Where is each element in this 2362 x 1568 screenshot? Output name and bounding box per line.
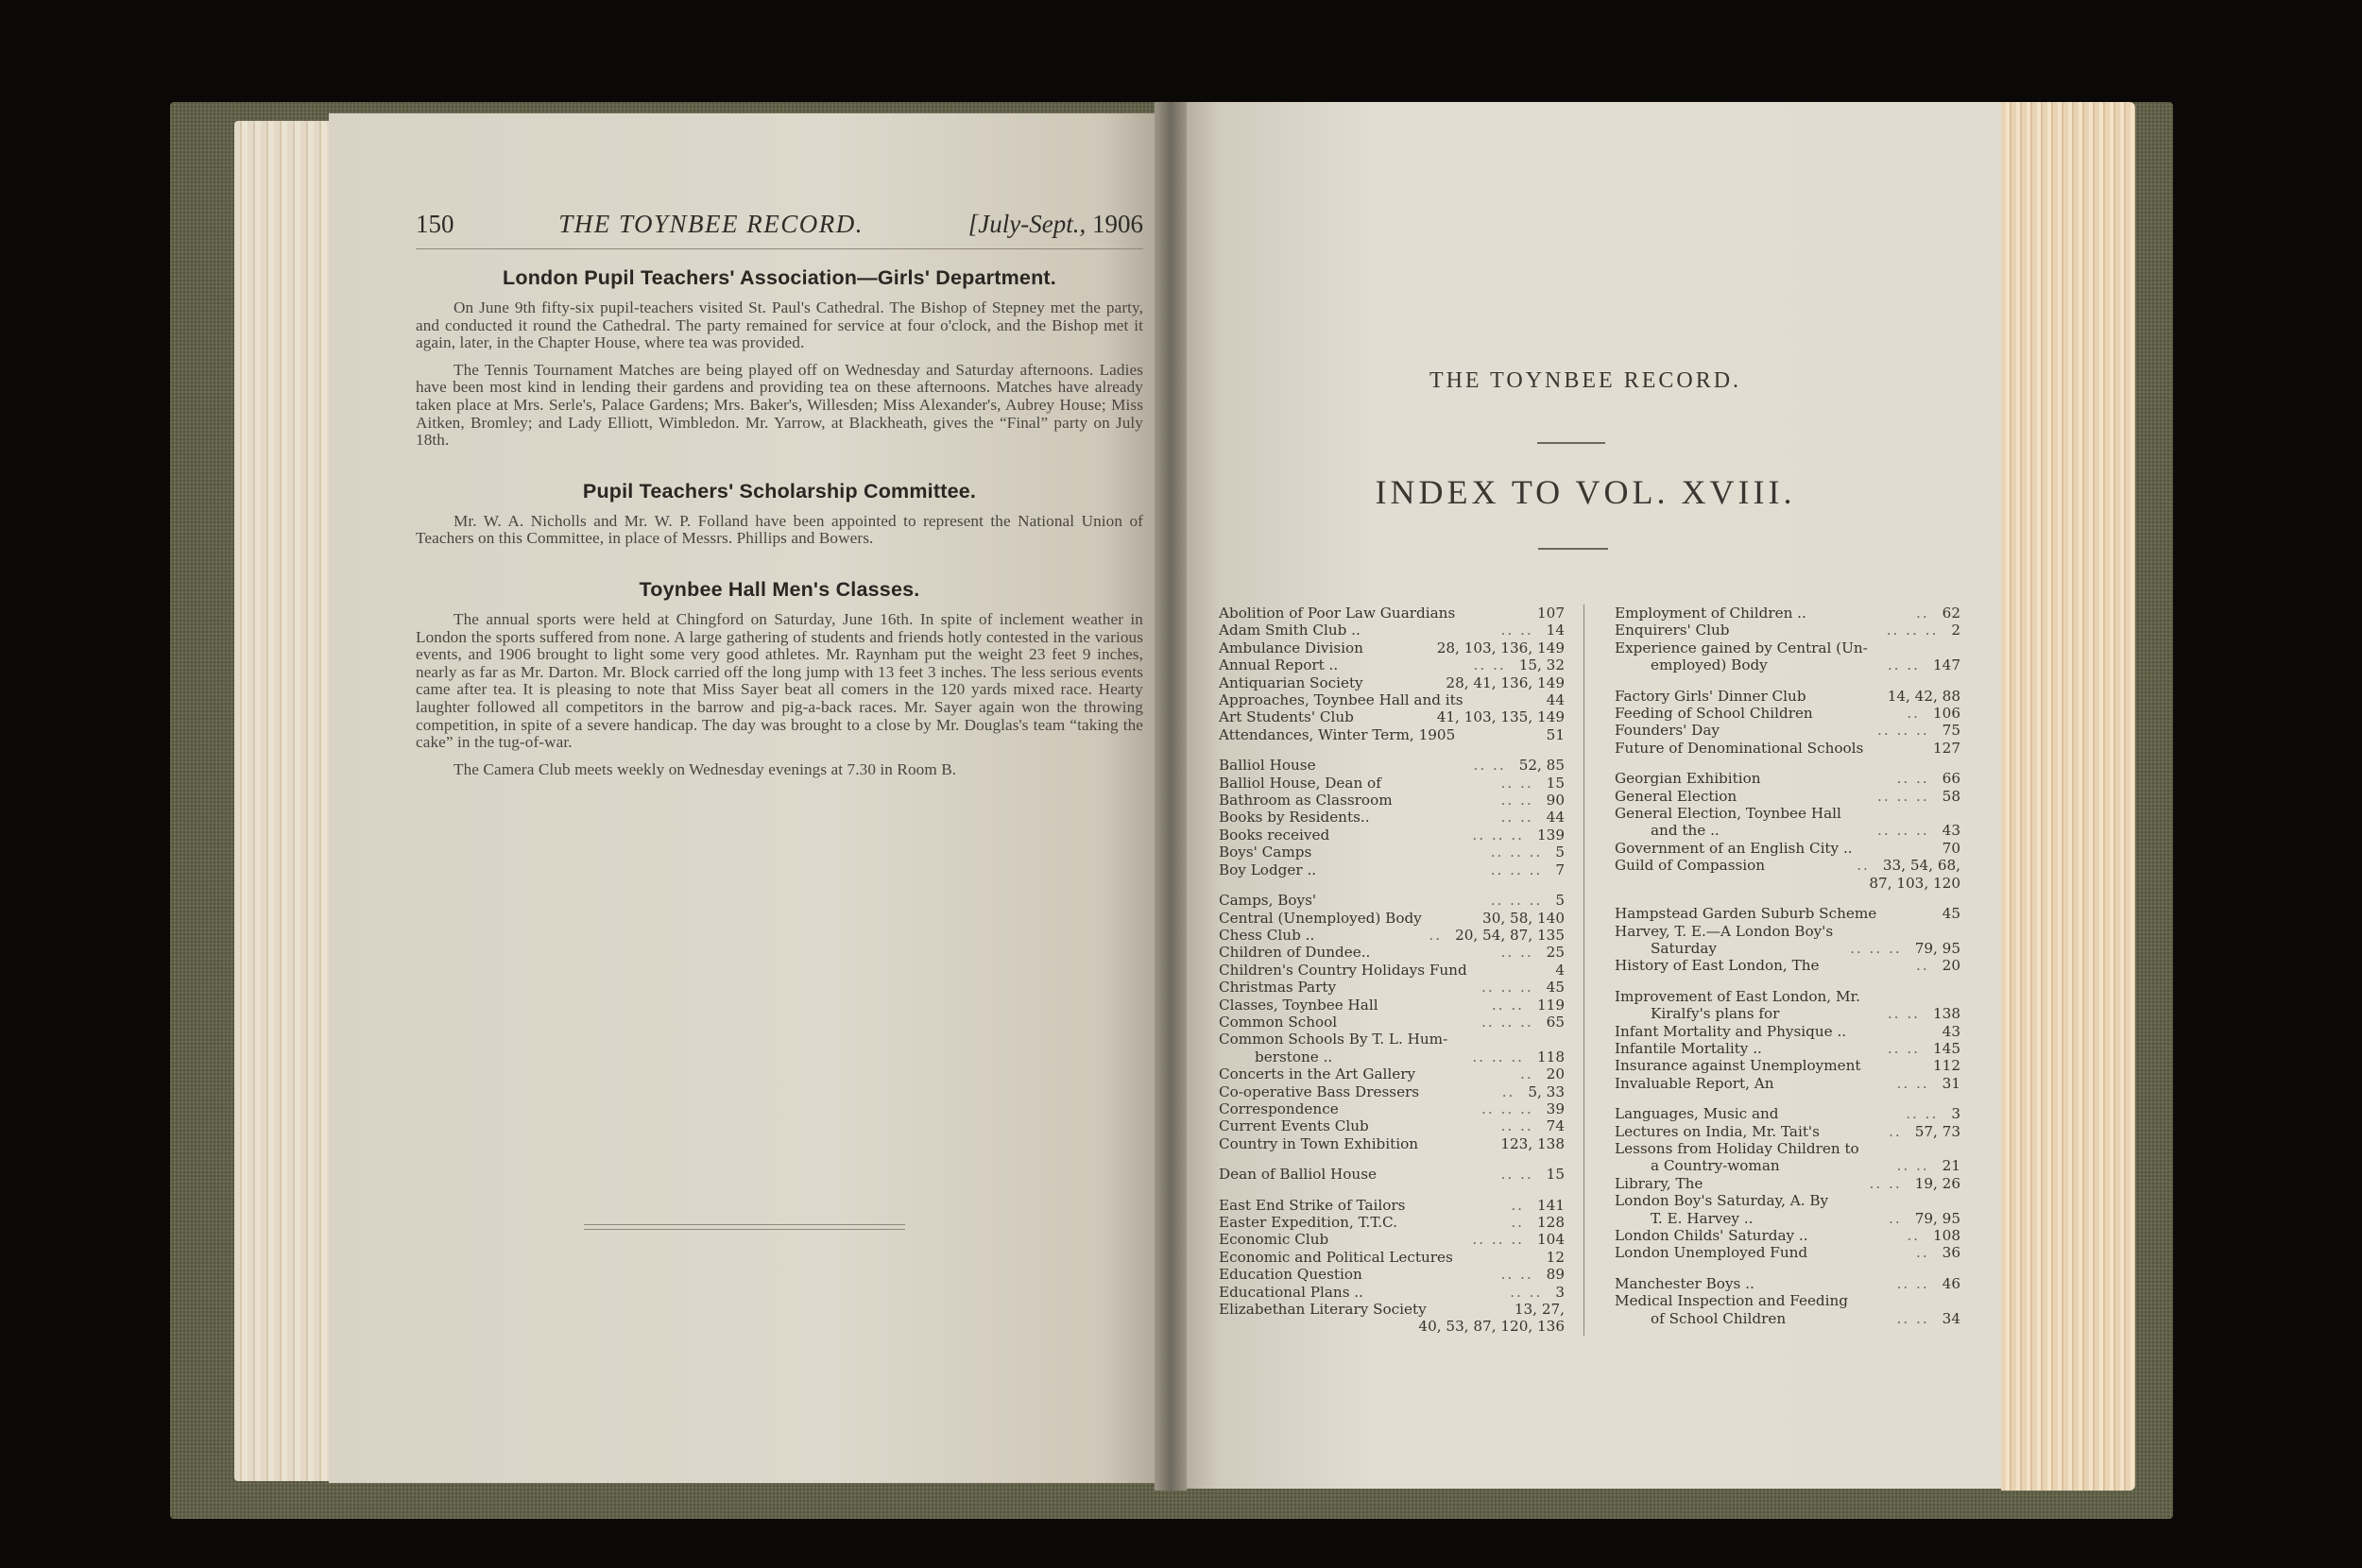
index-entry-pages: 43 [1937, 1023, 1960, 1040]
index-entry-pages: 21 [1937, 1157, 1960, 1174]
index-entry-title: Common Schools By T. L. Hum- [1219, 1031, 1447, 1048]
index-entry-pages [1955, 1140, 1960, 1157]
index-entry-pages: 34 [1937, 1310, 1960, 1327]
index-entry-title: Correspondence [1219, 1100, 1339, 1117]
index-entry-title: Abolition of Poor Law Guardians [1219, 605, 1455, 622]
index-leader-dots: .. .. [1780, 1157, 1937, 1174]
index-entry-title: Feeding of School Children [1615, 705, 1813, 722]
index-leader-dots: .. .. [1768, 656, 1927, 673]
index-entry: East End Strike of Tailors..141 [1219, 1197, 1565, 1214]
index-entry-pages [1955, 1292, 1960, 1309]
running-date-months: [July-Sept., [968, 210, 1086, 238]
index-entry-pages: 12 [1541, 1249, 1565, 1266]
index-entry-pages: 20 [1937, 957, 1960, 974]
index-leader-dots [1848, 1292, 1955, 1309]
index-entry: Camps, Boys'.. .. ..5 [1219, 892, 1565, 909]
index-leader-dots [1853, 840, 1937, 857]
index-entry: Children of Dundee.... ..25 [1219, 944, 1565, 961]
index-entry: of School Children.. ..34 [1615, 1310, 1960, 1327]
index-leader-dots [1860, 988, 1955, 1005]
index-entry-pages: 28, 41, 136, 149 [1440, 674, 1565, 691]
page-edges-right [2001, 102, 2135, 1491]
index-leader-dots: .. .. [1316, 757, 1514, 774]
paragraph: Mr. W. A. Nicholls and Mr. W. P. Folland… [416, 513, 1143, 548]
index-entry: Lectures on India, Mr. Tait's..57, 73 [1615, 1123, 1960, 1140]
index-entry-title: Employment of Children .. [1615, 605, 1806, 622]
index-entry-pages: 45 [1937, 905, 1960, 922]
index-entry-title: Elizabethan Literary Society [1219, 1301, 1427, 1318]
index-entry-title: Children of Dundee.. [1219, 944, 1370, 961]
index-entry-title: Boys' Camps [1219, 844, 1311, 861]
section-heading: Pupil Teachers' Scholarship Committee. [416, 480, 1143, 503]
index-entry-title: London Boy's Saturday, A. By [1615, 1192, 1828, 1209]
running-date-year: 1906 [1092, 210, 1143, 238]
index-leader-dots: .. [1753, 1210, 1908, 1227]
index-entry-title: General Election [1615, 788, 1737, 805]
index-entry: Adam Smith Club .... ..14 [1219, 622, 1565, 639]
index-entry-pages: 119 [1532, 997, 1565, 1014]
index-leader-dots: .. .. [1362, 1266, 1541, 1283]
index-leader-dots: .. .. [1377, 1166, 1541, 1183]
index-entry-title: Harvey, T. E.—A London Boy's [1615, 923, 1833, 940]
index-leader-dots: .. [1807, 1244, 1937, 1261]
index-leader-dots [1418, 1135, 1495, 1152]
index-entry: Educational Plans .... ..3 [1219, 1284, 1565, 1301]
index-entry-title: Education Question [1219, 1266, 1362, 1283]
index-entry-title: Antiquarian Society [1219, 674, 1363, 691]
index-entry-pages: 89 [1541, 1266, 1565, 1283]
index-entry-pages: 15 [1541, 775, 1565, 792]
index-entry-pages: 58 [1937, 788, 1960, 805]
index-entry: Education Question.. ..89 [1219, 1266, 1565, 1283]
index-entry-title: Library, The [1615, 1175, 1703, 1192]
index-entry-pages: 104 [1532, 1231, 1565, 1248]
index-leader-dots [1806, 688, 1882, 705]
paragraph: The Tennis Tournament Matches are being … [416, 362, 1143, 450]
index-entry-pages [1955, 1192, 1960, 1209]
index-leader-dots: .. [1415, 1065, 1541, 1082]
index-entry-title: employed) Body [1651, 656, 1768, 673]
index-entry: T. E. Harvey ....79, 95 [1615, 1210, 1960, 1227]
index-entry-title: Concerts in the Art Gallery [1219, 1065, 1415, 1082]
index-entry: Chess Club ....20, 54, 87, 135 [1219, 927, 1565, 944]
index-title: INDEX TO VOL. XVIII. [1170, 472, 2001, 512]
index-entry: 87, 103, 120 [1615, 875, 1960, 892]
index-entry: Boys' Camps.. .. ..5 [1219, 844, 1565, 861]
running-date: [July-Sept., 1906 [968, 210, 1143, 239]
index-entry: Employment of Children ....62 [1615, 605, 1960, 622]
index-entry-pages: 39 [1541, 1100, 1565, 1117]
index-leader-dots: .. .. [1370, 809, 1541, 826]
index-entry-title: Adam Smith Club .. [1219, 622, 1361, 639]
index-entry: Founders' Day.. .. ..75 [1615, 722, 1960, 739]
index-entry-pages: 138 [1927, 1005, 1960, 1022]
index-entry: Annual Report .... ..15, 32 [1219, 656, 1565, 673]
index-entry: berstone .... .. ..118 [1219, 1048, 1565, 1065]
index-entry: Factory Girls' Dinner Club14, 42, 88 [1615, 688, 1960, 705]
index-entry: Georgian Exhibition.. ..66 [1615, 770, 1960, 787]
index-entry: Common Schools By T. L. Hum- [1219, 1031, 1565, 1048]
index-entry-pages: 3 [1945, 1105, 1960, 1122]
index-entry-title: Lessons from Holiday Children to [1615, 1140, 1859, 1157]
index-leader-dots [1363, 639, 1431, 656]
index-entry: Harvey, T. E.—A London Boy's [1615, 923, 1960, 940]
index-entry: Manchester Boys .... ..46 [1615, 1275, 1960, 1292]
index-entry-pages: 5, 33 [1522, 1083, 1565, 1100]
index-leader-dots: .. [1806, 605, 1937, 622]
index-entry-title: General Election, Toynbee Hall [1615, 805, 1841, 822]
index-entry: Infantile Mortality .... ..145 [1615, 1040, 1960, 1057]
index-entry-pages: 57, 73 [1909, 1123, 1960, 1140]
index-entry-pages: 33, 54, 68, [1877, 857, 1960, 874]
index-entry: Ambulance Division28, 103, 136, 149 [1219, 639, 1565, 656]
index-entry-title: of School Children [1651, 1310, 1786, 1327]
index-entry-pages: 51 [1541, 726, 1565, 743]
index-entry-title: a Country-woman [1651, 1157, 1780, 1174]
index-entry-pages: 87, 103, 120 [1863, 875, 1960, 892]
index-entry-title: Invaluable Report, An [1615, 1075, 1774, 1092]
index-leader-dots: .. .. [1369, 1117, 1541, 1134]
index-entry-title: East End Strike of Tailors [1219, 1197, 1405, 1214]
index-leader-dots: .. .. .. [1720, 822, 1937, 839]
index-leader-dots: .. .. [1361, 622, 1541, 639]
index-entry-pages: 46 [1937, 1275, 1960, 1292]
index-entry-pages: 36 [1937, 1244, 1960, 1261]
index-entry-title: London Unemployed Fund [1615, 1244, 1807, 1261]
index-entry: employed) Body.. ..147 [1615, 656, 1960, 673]
index-entry-pages: 31 [1937, 1075, 1960, 1092]
index-leader-dots [1833, 923, 1955, 940]
index-leader-dots [1651, 875, 1863, 892]
index-leader-dots: .. .. .. [1730, 622, 1946, 639]
index-entry-title: Chess Club .. [1219, 927, 1314, 944]
index-entry-title: berstone .. [1255, 1048, 1332, 1065]
index-entry-title: Children's Country Holidays Fund [1219, 962, 1467, 979]
index-entry: Economic Club.. .. ..104 [1219, 1231, 1565, 1248]
section-heading: London Pupil Teachers' Association—Girls… [416, 266, 1143, 290]
index-entry: Antiquarian Society28, 41, 136, 149 [1219, 674, 1565, 691]
index-leader-dots [1861, 1057, 1927, 1074]
index-entry-title: Factory Girls' Dinner Club [1615, 688, 1806, 705]
index-entry-title: Current Events Club [1219, 1117, 1369, 1134]
index-leader-dots [1455, 726, 1540, 743]
index-entry-title: Economic and Political Lectures [1219, 1249, 1453, 1266]
index-entry-pages: 106 [1927, 705, 1960, 722]
index-entry-pages: 127 [1927, 740, 1960, 757]
index-leader-dots: .. .. [1338, 656, 1514, 673]
index-entry: a Country-woman.. ..21 [1615, 1157, 1960, 1174]
section-heading: Toynbee Hall Men's Classes. [416, 578, 1143, 602]
index-entry: Christmas Party.. .. ..45 [1219, 979, 1565, 996]
index-entry-title: Christmas Party [1219, 979, 1336, 996]
index-entry-title: Languages, Music and [1615, 1105, 1779, 1122]
index-entry: London Boy's Saturday, A. By [1615, 1192, 1960, 1209]
index-entry-pages: 41, 103, 135, 149 [1431, 708, 1565, 725]
index-entry-title: Co-operative Bass Dressers [1219, 1083, 1419, 1100]
index-entry: Co-operative Bass Dressers..5, 33 [1219, 1083, 1565, 1100]
paragraph: The annual sports were held at Chingford… [416, 611, 1143, 752]
index-entry: Library, The.. ..19, 26 [1615, 1175, 1960, 1192]
index-entry-pages: 14 [1541, 622, 1565, 639]
index-leader-dots: .. [1405, 1197, 1532, 1214]
index-entry-title: Attendances, Winter Term, 1905 [1219, 726, 1455, 743]
index-entry: Abolition of Poor Law Guardians107 [1219, 605, 1565, 622]
index-entry-title: Books received [1219, 827, 1329, 844]
index-entry-title: Classes, Toynbee Hall [1219, 997, 1378, 1014]
end-rule [584, 1224, 905, 1230]
index-column-right: Employment of Children ....62Enquirers' … [1584, 605, 1960, 1336]
index-leader-dots: .. .. [1393, 792, 1541, 809]
index-entry-title: Approaches, Toynbee Hall and its [1219, 691, 1463, 708]
index-entry-pages: 79, 95 [1909, 1210, 1960, 1227]
index-leader-dots: .. .. [1761, 770, 1937, 787]
index-entry-title: Balliol House [1219, 757, 1316, 774]
index-entry-pages: 79, 95 [1909, 940, 1960, 957]
index-entry-pages: 66 [1937, 770, 1960, 787]
index-entry: Correspondence.. .. ..39 [1219, 1100, 1565, 1117]
index-entry-title: Bathroom as Classroom [1219, 792, 1393, 809]
index-entry-pages [1955, 923, 1960, 940]
index-leader-dots [1876, 905, 1936, 922]
index-entry-pages: 5 [1549, 844, 1565, 861]
index-leader-dots: .. .. .. [1737, 788, 1936, 805]
index-entry: History of East London, The..20 [1615, 957, 1960, 974]
index-entry-title: Improvement of East London, Mr. [1615, 988, 1860, 1005]
index-leader-dots [1255, 1318, 1412, 1335]
index-leader-dots: .. .. .. [1329, 827, 1532, 844]
index-entry: Elizabethan Literary Society13, 27, [1219, 1301, 1565, 1318]
index-entry-pages: 43 [1937, 822, 1960, 839]
index-entry: 40, 53, 87, 120, 136 [1219, 1318, 1565, 1335]
index-leader-dots: .. .. .. [1311, 844, 1549, 861]
index-entry-pages: 5 [1549, 892, 1565, 909]
index-entry-pages: 25 [1541, 944, 1565, 961]
index-entry-pages: 112 [1927, 1057, 1960, 1074]
index-leader-dots [1453, 1249, 1541, 1266]
index-leader-dots: .. .. [1378, 997, 1532, 1014]
index-entry: Feeding of School Children..106 [1615, 705, 1960, 722]
index-leader-dots [1863, 740, 1927, 757]
index-leader-dots [1422, 910, 1477, 927]
index-entry: Children's Country Holidays Fund4 [1219, 962, 1565, 979]
index-leader-dots [1463, 691, 1541, 708]
index-entry-title: Art Students' Club [1219, 708, 1354, 725]
index-entry-pages: 4 [1549, 962, 1565, 979]
index-leader-dots [1868, 639, 1955, 656]
index-entry: Infant Mortality and Physique ..43 [1615, 1023, 1960, 1040]
index-leader-dots: .. .. .. [1316, 892, 1549, 909]
index-entry: Guild of Compassion..33, 54, 68, [1615, 857, 1960, 874]
index-entry-title: and the .. [1651, 822, 1720, 839]
left-page: 150 THE TOYNBEE RECORD. [July-Sept., 190… [329, 113, 1170, 1483]
index-leader-dots: .. [1808, 1227, 1927, 1244]
index-entry-title: T. E. Harvey .. [1651, 1210, 1753, 1227]
index-entry-pages: 44 [1541, 691, 1565, 708]
index-leader-dots: .. .. .. [1339, 1100, 1541, 1117]
index-entry-title: Balliol House, Dean of [1219, 775, 1381, 792]
index-leader-dots [1455, 605, 1532, 622]
index-entry: Languages, Music and.. ..3 [1615, 1105, 1960, 1122]
index-leader-dots: .. .. .. [1316, 861, 1549, 878]
index-leader-dots [1467, 962, 1550, 979]
index-entry-pages: 145 [1927, 1040, 1960, 1057]
index-leader-dots: .. .. .. [1337, 1014, 1541, 1031]
index-leader-dots: .. .. [1703, 1175, 1908, 1192]
index-leader-dots: .. [1397, 1214, 1532, 1231]
index-entry-pages [1955, 988, 1960, 1005]
index-entry-pages: 19, 26 [1909, 1175, 1960, 1192]
index-entry: London Unemployed Fund..36 [1615, 1244, 1960, 1261]
index-entry: Books by Residents.... ..44 [1219, 809, 1565, 826]
index-entry-pages: 7 [1549, 861, 1565, 878]
index-entry-title: Georgian Exhibition [1615, 770, 1761, 787]
index-entry: Economic and Political Lectures12 [1219, 1249, 1565, 1266]
index-entry-pages: 118 [1532, 1048, 1565, 1065]
book-gutter [1155, 102, 1187, 1491]
index-leader-dots: .. .. .. [1336, 979, 1541, 996]
index-entry-pages: 70 [1937, 840, 1960, 857]
index-entry: Art Students' Club41, 103, 135, 149 [1219, 708, 1565, 725]
index-entry: Attendances, Winter Term, 190551 [1219, 726, 1565, 743]
index-leader-dots: .. [1819, 957, 1936, 974]
index-entry: Approaches, Toynbee Hall and its44 [1219, 691, 1565, 708]
index-entry: Easter Expedition, T.T.C...128 [1219, 1214, 1565, 1231]
index-entry: Current Events Club.. ..74 [1219, 1117, 1565, 1134]
index-leader-dots [1354, 708, 1431, 725]
index-leader-dots: .. .. [1779, 1105, 1946, 1122]
index-entry: Country in Town Exhibition123, 138 [1219, 1135, 1565, 1152]
index-column-left: Abolition of Poor Law Guardians107Adam S… [1219, 605, 1584, 1336]
index-entry-pages: 15, 32 [1514, 656, 1565, 673]
index-entry-pages: 14, 42, 88 [1882, 688, 1960, 705]
right-page: THE TOYNBEE RECORD. INDEX TO VOL. XVIII.… [1170, 102, 2001, 1489]
index-entry-pages: 62 [1937, 605, 1960, 622]
index-entry-title: Economic Club [1219, 1231, 1328, 1248]
index-entry-title: Boy Lodger .. [1219, 861, 1316, 878]
index-entry-pages [1559, 1031, 1565, 1048]
index-entry-pages: 75 [1937, 722, 1960, 739]
index-entry-pages: 3 [1549, 1284, 1565, 1301]
index-entry-pages: 15 [1541, 1166, 1565, 1183]
index-leader-dots: .. [1813, 705, 1927, 722]
index-entry-title: Saturday [1651, 940, 1717, 957]
index-subtitle: THE TOYNBEE RECORD. [1170, 368, 2001, 394]
index-leader-dots: .. .. [1363, 1284, 1549, 1301]
index-entry: Medical Inspection and Feeding [1615, 1292, 1960, 1309]
index-entry-pages: 30, 58, 140 [1477, 910, 1565, 927]
index-entry-pages: 44 [1541, 809, 1565, 826]
index-leader-dots: .. .. .. [1332, 1048, 1532, 1065]
index-entry-pages: 2 [1945, 622, 1960, 639]
index-entry: and the .... .. ..43 [1615, 822, 1960, 839]
index-entry: Insurance against Unemployment112 [1615, 1057, 1960, 1074]
index-entry: Classes, Toynbee Hall.. ..119 [1219, 997, 1565, 1014]
index-entry-title: Guild of Compassion [1615, 857, 1765, 874]
index-entry: Kiralfy's plans for.. ..138 [1615, 1005, 1960, 1022]
index-entry-pages: 107 [1532, 605, 1565, 622]
index-leader-dots [1828, 1192, 1955, 1209]
index-entry: General Election, Toynbee Hall [1615, 805, 1960, 822]
index-entry-pages: 74 [1541, 1117, 1565, 1134]
index-entry-pages: 90 [1541, 792, 1565, 809]
index-entry: Improvement of East London, Mr. [1615, 988, 1960, 1005]
index-entry-pages: 108 [1927, 1227, 1960, 1244]
index-entry: Lessons from Holiday Children to [1615, 1140, 1960, 1157]
index-entry-title: Books by Residents.. [1219, 809, 1370, 826]
index-entry: Balliol House.. ..52, 85 [1219, 757, 1565, 774]
index-entry-title: Government of an English City .. [1615, 840, 1853, 857]
index-entry: Dean of Balliol House.. ..15 [1219, 1166, 1565, 1183]
index-entry-title: Educational Plans .. [1219, 1284, 1363, 1301]
index-leader-dots: .. .. [1774, 1075, 1937, 1092]
index-leader-dots [1447, 1031, 1559, 1048]
index-entry: Common School.. .. ..65 [1219, 1014, 1565, 1031]
index-entry-title: Ambulance Division [1219, 639, 1363, 656]
index-leader-dots: .. [1820, 1123, 1909, 1140]
index-entry: Government of an English City ..70 [1615, 840, 1960, 857]
index-leader-dots [1846, 1023, 1937, 1040]
paragraph: On June 9th fifty-six pupil-teachers vis… [416, 299, 1143, 352]
index-entry-title: Central (Unemployed) Body [1219, 910, 1422, 927]
index-entry: London Childs' Saturday ....108 [1615, 1227, 1960, 1244]
index-entry-title: Infant Mortality and Physique .. [1615, 1023, 1846, 1040]
index-entry-title: Founders' Day [1615, 722, 1720, 739]
index-entry: Saturday.. .. ..79, 95 [1615, 940, 1960, 957]
index-entry: Bathroom as Classroom.. ..90 [1219, 792, 1565, 809]
index-entry-pages [1955, 639, 1960, 656]
index-entry-pages [1955, 805, 1960, 822]
index-entry-title: Manchester Boys .. [1615, 1275, 1754, 1292]
index-leader-dots: .. .. [1779, 1005, 1927, 1022]
index-entry-title: Experience gained by Central (Un- [1615, 639, 1868, 656]
index-leader-dots: .. .. [1786, 1310, 1937, 1327]
index-entry-pages: 141 [1532, 1197, 1565, 1214]
index-entry-title: Common School [1219, 1014, 1337, 1031]
index-entry-title: Enquirers' Club [1615, 622, 1730, 639]
index-entry-title: History of East London, The [1615, 957, 1819, 974]
index-leader-dots: .. .. .. [1720, 722, 1937, 739]
index-leader-dots: .. .. .. [1328, 1231, 1532, 1248]
index-leader-dots: .. .. .. [1717, 940, 1909, 957]
index-entry: Enquirers' Club.. .. ..2 [1615, 622, 1960, 639]
running-title: THE TOYNBEE RECORD. [558, 210, 864, 239]
index-entry: Concerts in the Art Gallery..20 [1219, 1065, 1565, 1082]
article-body: London Pupil Teachers' Association—Girls… [416, 266, 1143, 778]
index-entry-pages: 65 [1541, 1014, 1565, 1031]
index-entry-title: Dean of Balliol House [1219, 1166, 1377, 1183]
index-entry-pages: 147 [1927, 656, 1960, 673]
index-entry-title: Easter Expedition, T.T.C. [1219, 1214, 1397, 1231]
index-leader-dots: .. .. [1381, 775, 1541, 792]
index-entry-title: Medical Inspection and Feeding [1615, 1292, 1848, 1309]
index-entry-pages: 123, 138 [1495, 1135, 1565, 1152]
index-entry-pages: 20, 54, 87, 135 [1449, 927, 1565, 944]
index-entry: Central (Unemployed) Body30, 58, 140 [1219, 910, 1565, 927]
index-entry-title: Lectures on India, Mr. Tait's [1615, 1123, 1820, 1140]
index-entry-title: Camps, Boys' [1219, 892, 1316, 909]
index-entry-title: Hampstead Garden Suburb Scheme [1615, 905, 1876, 922]
index-entry: Hampstead Garden Suburb Scheme45 [1615, 905, 1960, 922]
index-leader-dots [1841, 805, 1955, 822]
title-rule [1538, 548, 1608, 550]
index-entry-title: Infantile Mortality .. [1615, 1040, 1762, 1057]
index-entry-title: Future of Denominational Schools [1615, 740, 1863, 757]
index-entry-title: Annual Report .. [1219, 656, 1338, 673]
index-entry: General Election.. .. ..58 [1615, 788, 1960, 805]
index-entry-title: Kiralfy's plans for [1651, 1005, 1779, 1022]
index-entry: Invaluable Report, An.. ..31 [1615, 1075, 1960, 1092]
page-number: 150 [416, 210, 454, 239]
